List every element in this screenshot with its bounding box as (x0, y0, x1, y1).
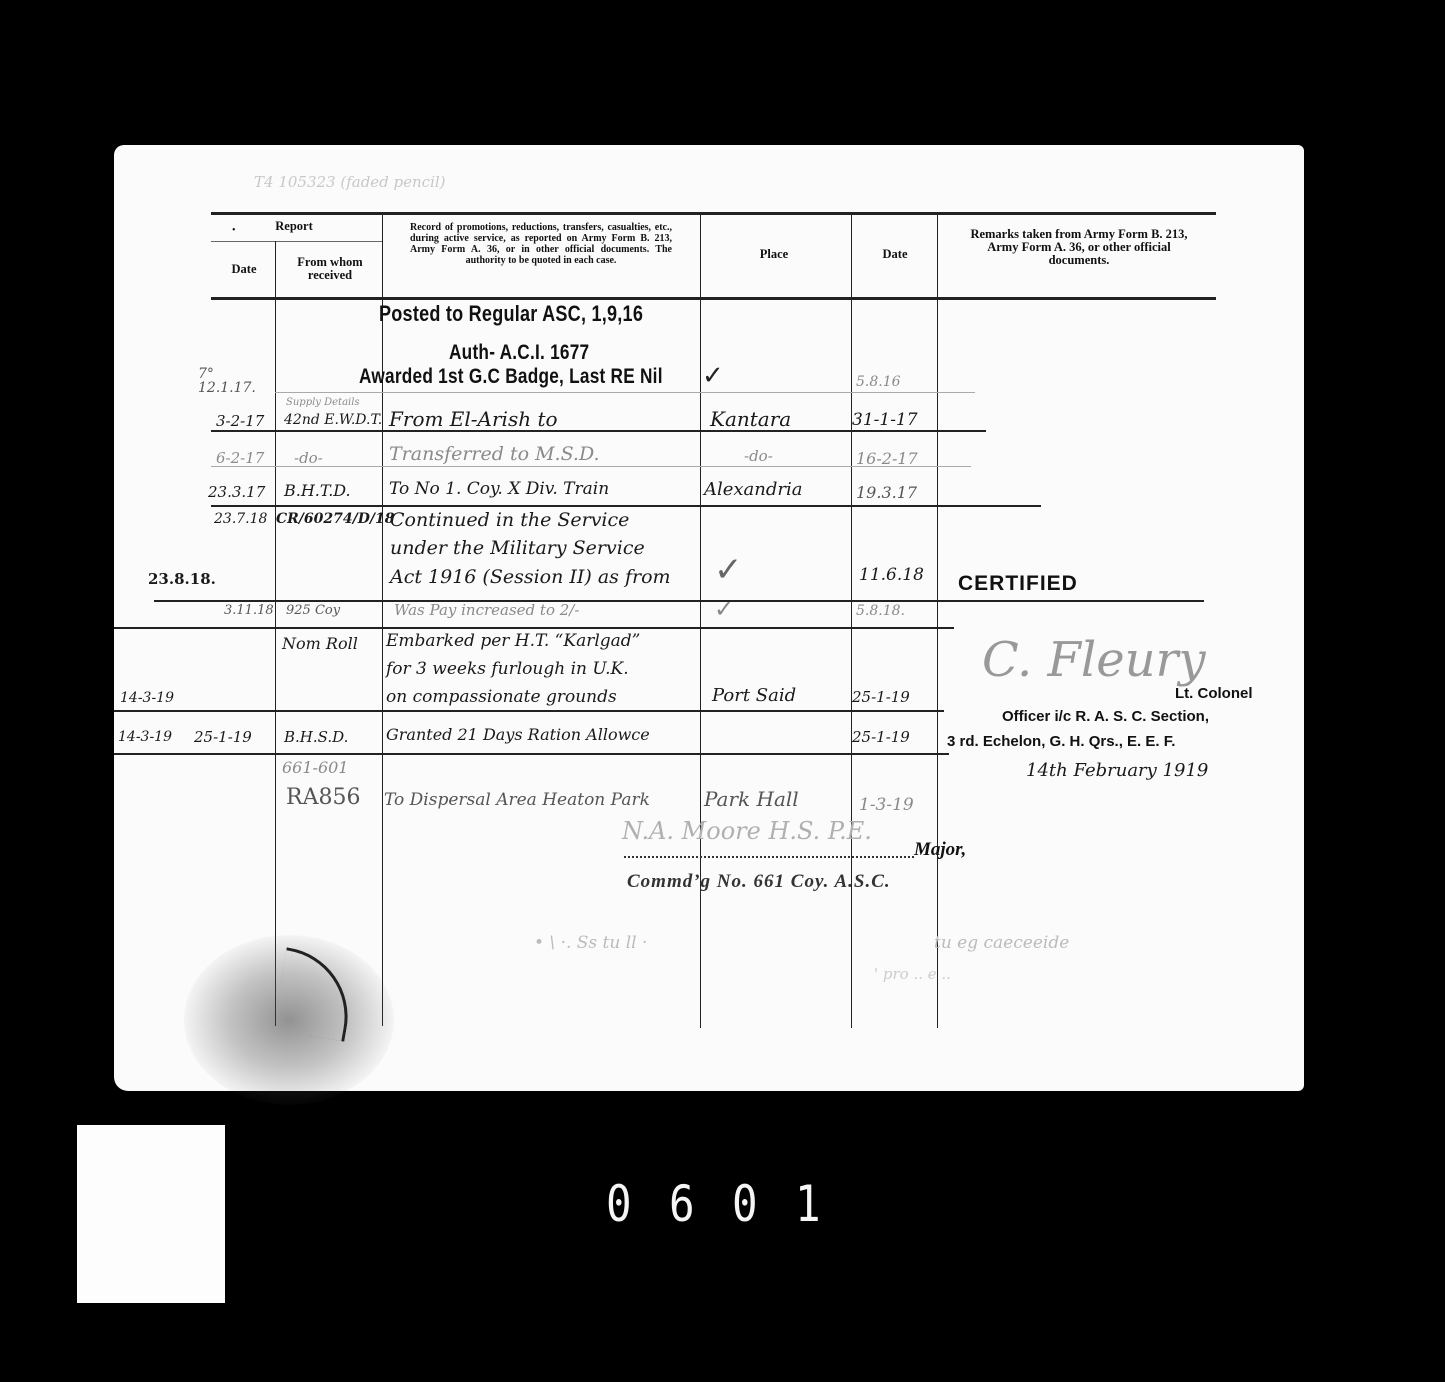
checkmark-icon: ✓ (702, 361, 724, 391)
row-report-date: 14-3-19 (118, 729, 172, 745)
frame-counter: 0601 (606, 1175, 858, 1233)
header-from-whom: From whom received (282, 256, 378, 282)
row-date: 25-1-19 (852, 728, 910, 746)
col-divider-from (382, 213, 383, 1026)
row-from: 42nd E.W.D.T. (284, 412, 382, 428)
row-record: From El-Arish to (389, 407, 558, 431)
faded-bottom-text: • \ ·. Ss tu ll · (534, 933, 647, 953)
row-rule (211, 430, 986, 432)
major-signature: N.A. Moore H.S. P.E. (622, 817, 872, 845)
certifier-signature: C. Fleury (982, 632, 1206, 688)
row-report-date-2: 25-1-19 (194, 728, 252, 746)
blank-thumbnail (77, 1125, 225, 1303)
row-record-line: Continued in the Service (390, 509, 629, 531)
row0-date: 5.8.16 (856, 374, 901, 390)
row-from: 925 Coy (286, 603, 340, 618)
row-place: Park Hall (704, 787, 799, 811)
row-record-line: under the Military Service (390, 537, 645, 559)
row-record: To No 1. Coy. X Div. Train (389, 479, 609, 499)
row-date: 31-1-17 (852, 410, 918, 430)
row-from-note: Supply Details (286, 397, 360, 408)
row-record-line: for 3 weeks furlough in U.K. (386, 659, 629, 679)
checkmark-icon: ✓ (714, 550, 743, 590)
row-from: B.H.S.D. (284, 728, 348, 746)
header-date-2: Date (856, 248, 934, 261)
row-rule (114, 627, 954, 629)
certification-date: 14th February 1919 (1026, 760, 1208, 781)
table-top-rule (211, 212, 1216, 215)
row-from: Nom Roll (282, 634, 358, 653)
row-report-date: 23.7.18 (214, 511, 267, 527)
faded-header-text: T4 105323 (faded pencil) (254, 173, 446, 191)
row-record-line: on compassionate grounds (386, 687, 617, 707)
header-record-description: Record of promotions, reductions, transf… (410, 222, 672, 266)
row-report-date: 6-2-17 (216, 449, 264, 467)
row-date: 5.8.18. (856, 603, 905, 619)
header-remarks: Remarks taken from Army Form B. 213, Arm… (964, 228, 1194, 267)
service-record-card: T4 105323 (faded pencil) Report • Date F… (114, 145, 1304, 1091)
row-rule (211, 505, 1041, 507)
row-record: Was Pay increased to 2/- (394, 601, 579, 619)
row-date: 19.3.17 (856, 483, 917, 502)
row-record-line: Act 1916 (Session II) as from (390, 566, 671, 588)
row-report-date: 14-3-19 (120, 690, 174, 706)
header-bottom-rule (211, 297, 1216, 300)
report-subrule (211, 241, 383, 242)
row-date: 16-2-17 (856, 449, 918, 468)
row-rule (275, 392, 975, 393)
col-divider-date2 (937, 213, 938, 1028)
side-date-note: 7° 12.1.17. (198, 367, 256, 395)
col-divider-date (275, 241, 276, 1026)
checkmark-icon: ✓ (714, 595, 734, 623)
header-bullet: • (232, 225, 236, 236)
row-from-top: 661-601 (282, 758, 348, 777)
signature-dotted-line (624, 856, 914, 858)
col-divider-place (851, 213, 852, 1028)
row-rule (154, 600, 1204, 602)
header-report: Report (254, 220, 334, 233)
row-report-date: 3.11.18 (224, 603, 274, 618)
certifier-unit: 3 rd. Echelon, G. H. Qrs., E. E. F. (947, 733, 1175, 750)
header-date: Date (214, 263, 274, 276)
certifier-office: Officer i/c R. A. S. C. Section, (1002, 708, 1209, 725)
row-place: Port Said (712, 685, 796, 706)
row-from: -do- (294, 449, 323, 467)
major-rank: Major, (914, 839, 966, 861)
row-place: -do- (744, 447, 773, 465)
row-record: Transferred to M.S.D. (389, 443, 600, 465)
row-left-date: 23.8.18. (148, 570, 216, 588)
row-from: B.H.T.D. (284, 481, 351, 500)
row-rule (114, 753, 949, 755)
row-place: Kantara (710, 407, 791, 431)
row-date: 1-3-19 (859, 795, 914, 815)
row-rule (114, 710, 944, 712)
badge-stamp: Awarded 1st G.C Badge, Last RE Nil (359, 365, 663, 389)
posted-stamp: Posted to Regular ASC, 1,9,16 (379, 301, 643, 327)
row-from: CR/60274/D/18 (276, 511, 394, 527)
row-date: 25-1-19 (852, 688, 910, 706)
col-divider-record (700, 213, 701, 1028)
row-report-date: 3-2-17 (216, 412, 264, 430)
row-record: To Dispersal Area Heaton Park (384, 790, 650, 810)
major-command-line: Commd’g No. 661 Coy. A.S.C. (627, 871, 891, 893)
row-report-date: 23.3.17 (208, 483, 265, 501)
faded-bottom-text: tu eg caeceeide (934, 933, 1069, 953)
authority-stamp: Auth- A.C.I. 1677 (449, 341, 589, 365)
header-place: Place (734, 248, 814, 261)
row-place: Alexandria (704, 479, 803, 500)
certifier-rank: Lt. Colonel (1175, 685, 1253, 702)
row-date: 11.6.18 (859, 565, 924, 585)
row-record-line: Embarked per H.T. “Karlgad” (386, 631, 640, 651)
row-record: Granted 21 Days Ration Allowce (386, 725, 650, 744)
row-from: RA856 (286, 785, 360, 810)
certified-label: CERTIFIED (958, 572, 1078, 596)
faded-bottom-text: ' pro .. e .. (874, 965, 951, 983)
